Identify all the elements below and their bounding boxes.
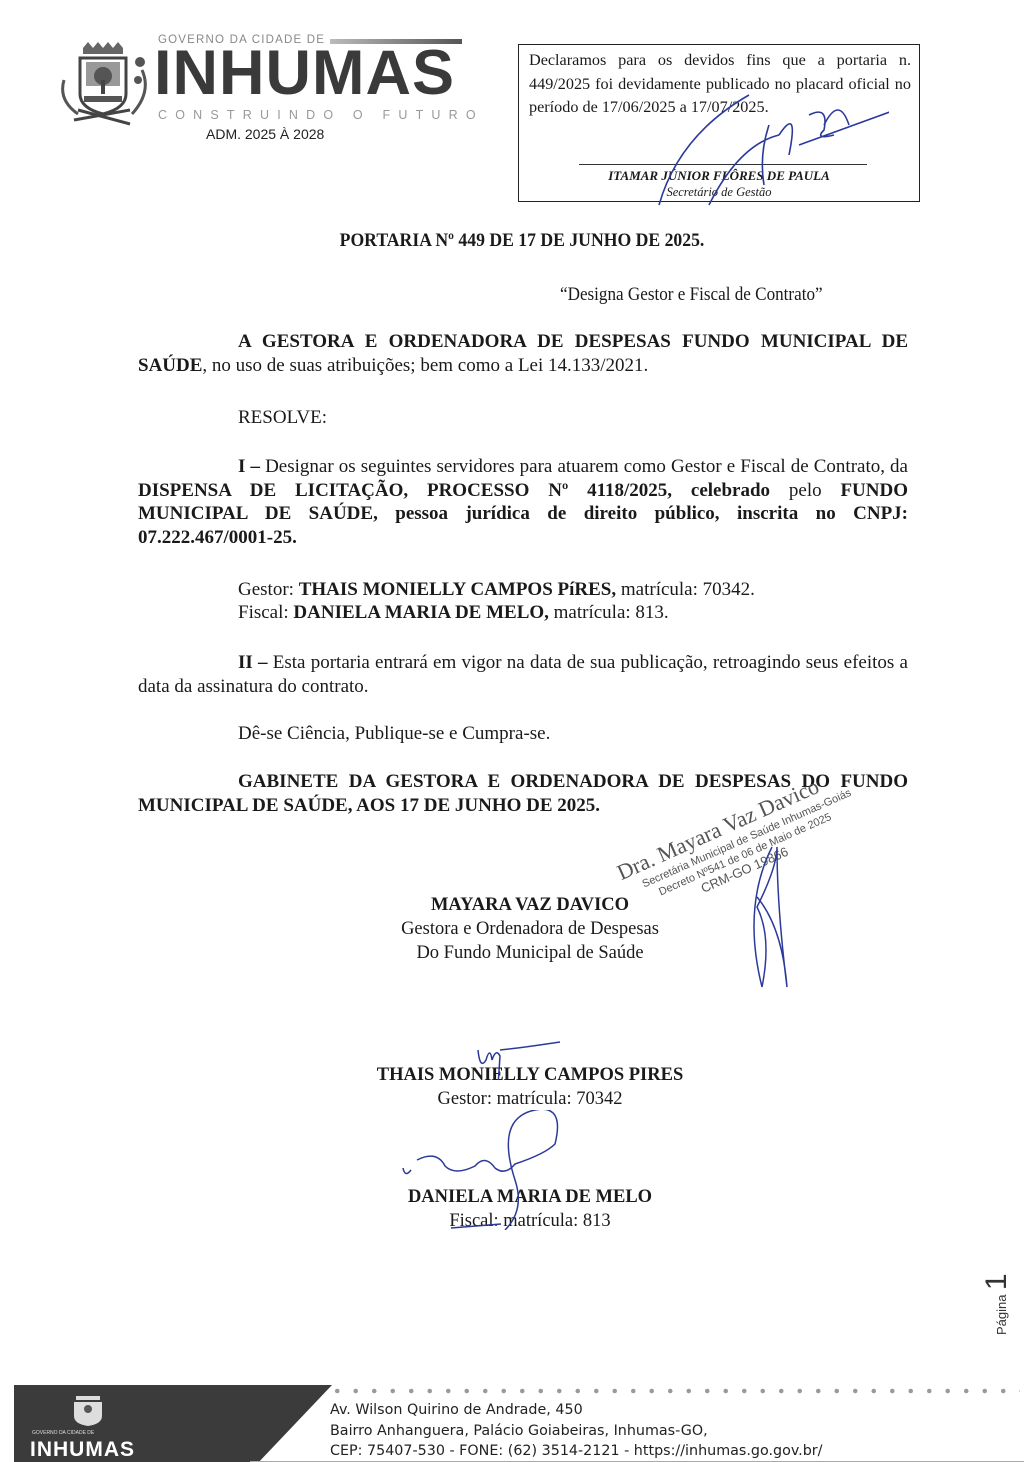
- closing-line: Dê-se Ciência, Publique-se e Cumpra-se.: [138, 722, 908, 746]
- footer-address-line-1: Av. Wilson Quirino de Andrade, 450: [330, 1400, 823, 1421]
- resolve-line: RESOLVE:: [138, 406, 908, 430]
- city-logo: GOVERNO DA CIDADE DE INHUMAS CONSTRUINDO…: [58, 30, 468, 145]
- administration-period: ADM. 2025 À 2028: [206, 126, 324, 142]
- footer: GOVERNO DA CIDADE DE INHUMAS Av. Wilson …: [0, 1380, 1024, 1462]
- fiscal-registration: matrícula: 813.: [549, 602, 669, 623]
- document-ementa: “Designa Gestor e Fiscal de Contrato”: [560, 284, 823, 306]
- handwritten-signature-icon: [649, 85, 889, 210]
- footer-address-line-2: Bairro Anhanguera, Palácio Goiabeiras, I…: [330, 1421, 823, 1442]
- coat-of-arms-icon: [58, 40, 153, 130]
- page-number: Página 1: [980, 1255, 1020, 1335]
- fiscal-line: Fiscal: DANIELA MARIA DE MELO, matrícula…: [138, 601, 908, 625]
- closing-text: Dê-se Ciência, Publique-se e Cumpra-se.: [238, 723, 550, 744]
- resolve-label: RESOLVE:: [238, 407, 327, 428]
- footer-gov-line: GOVERNO DA CIDADE DE: [32, 1430, 94, 1436]
- article-1-connector: pelo: [770, 480, 840, 501]
- fiscal-name: DANIELA MARIA DE MELO,: [293, 602, 548, 623]
- article-1-label: I –: [238, 456, 260, 477]
- publication-declaration-box: Declaramos para os devidos fins que a po…: [518, 44, 920, 202]
- article-2-label: II –: [238, 652, 268, 673]
- preamble: A GESTORA E ORDENADORA DE DESPESAS FUNDO…: [138, 330, 908, 377]
- article-1-text: Designar os seguintes servidores para at…: [260, 456, 908, 477]
- gestor-label: Gestor:: [238, 579, 299, 600]
- gestor-name: THAIS MONIELLY CAMPOS PíRES,: [299, 579, 616, 600]
- signer-role: Gestor: matrícula: 70342: [320, 1087, 740, 1111]
- footer-city: INHUMAS: [30, 1438, 135, 1462]
- handwritten-signature-icon: [470, 1040, 570, 1080]
- article-1: I – Designar os seguintes servidores par…: [138, 455, 908, 549]
- tagline: CONSTRUINDO O FUTURO: [158, 108, 484, 122]
- preamble-text: , no uso de suas atribuições; bem como a…: [202, 355, 648, 376]
- page-number-value: 1: [980, 1273, 1013, 1290]
- handwritten-signature-icon: [740, 842, 800, 992]
- footer-address: Av. Wilson Quirino de Andrade, 450 Bairr…: [330, 1400, 823, 1462]
- footer-contact-line[interactable]: CEP: 75407-530 - FONE: (62) 3514-2121 - …: [330, 1441, 823, 1462]
- fiscal-label: Fiscal:: [238, 602, 293, 623]
- handwritten-signature-icon: [395, 1110, 585, 1230]
- gestor-line: Gestor: THAIS MONIELLY CAMPOS PíRES, mat…: [138, 578, 908, 602]
- article-1-process: DISPENSA DE LICITAÇÃO, PROCESSO Nº 4118/…: [138, 480, 770, 501]
- footer-dots-decoration: [328, 1387, 1020, 1395]
- footer-crest-icon: [66, 1392, 110, 1428]
- article-2: II – Esta portaria entrará em vigor na d…: [138, 651, 908, 698]
- gestor-registration: matrícula: 70342.: [616, 579, 755, 600]
- document-title: PORTARIA Nº 449 DE 17 DE JUNHO DE 2025.: [37, 230, 1008, 252]
- city-name: INHUMAS: [154, 42, 455, 105]
- page-label: Página: [994, 1295, 1009, 1335]
